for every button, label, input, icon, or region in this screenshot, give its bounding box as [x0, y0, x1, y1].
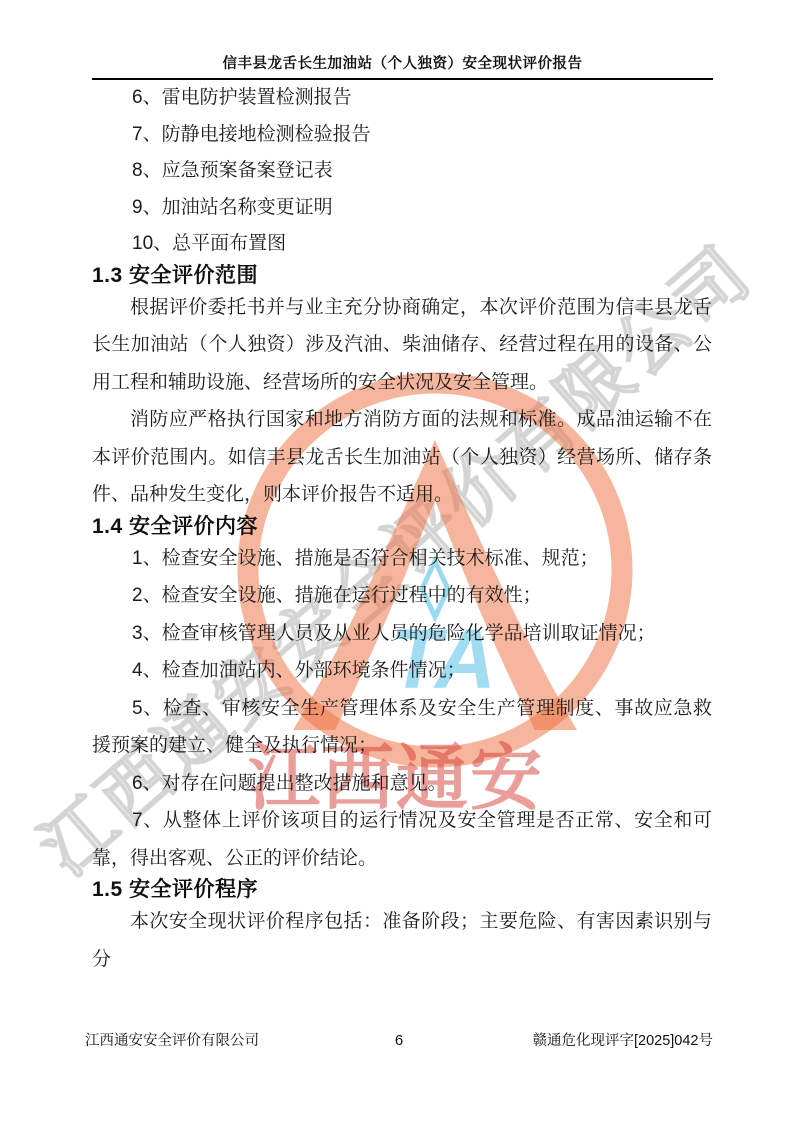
list-item: 7、防静电接地检测检验报告: [92, 117, 712, 154]
section-heading-1-3: 1.3 安全评价范围: [92, 263, 712, 289]
list-item: 3、检查审核管理人员及从业人员的危险化学品培训取证情况；: [92, 615, 712, 653]
attachment-list: 6、雷电防护装置检测报告 7、防静电接地检测检验报告 8、应急预案备案登记表 9…: [92, 80, 712, 263]
paragraph: 根据评价委托书并与业主充分协商确定，本次评价范围为信丰县龙舌长生加油站（个人独资…: [92, 289, 712, 402]
list-item: 5、检查、审核安全生产管理体系及安全生产管理制度、事故应急救援预案的建立、健全及…: [92, 690, 712, 765]
list-item: 2、检查安全设施、措施在运行过程中的有效性；: [92, 577, 712, 615]
list-item: 9、加油站名称变更证明: [92, 190, 712, 227]
evaluation-content-list: 1、检查安全设施、措施是否符合相关技术标准、规范； 2、检查安全设施、措施在运行…: [92, 540, 712, 878]
list-item: 7、从整体上评价该项目的运行情况及安全管理是否正常、安全和可靠，得出客观、公正的…: [92, 802, 712, 877]
list-item: 8、应急预案备案登记表: [92, 153, 712, 190]
paragraph: 消防应严格执行国家和地方消防方面的法规和标准。成品油运输不在本评价范围内。如信丰…: [92, 401, 712, 514]
list-item: 10、总平面布置图: [92, 226, 712, 263]
list-item: 6、雷电防护装置检测报告: [92, 80, 712, 117]
list-item: 1、检查安全设施、措施是否符合相关技术标准、规范；: [92, 540, 712, 578]
document-content: 6、雷电防护装置检测报告 7、防静电接地检测检验报告 8、应急预案备案登记表 9…: [92, 80, 712, 978]
page-header: 信丰县龙舌长生加油站（个人独资）安全现状评价报告: [92, 0, 713, 80]
paragraph: 本次安全现状评价程序包括：准备阶段；主要危险、有害因素识别与分: [92, 903, 712, 978]
document-page: 江西通安安全评价有限公司 TA 江西通安 信丰县龙舌长生加油站（个人独资）安全现…: [0, 0, 793, 1122]
list-item: 4、检查加油站内、外部环境条件情况；: [92, 652, 712, 690]
header-title: 信丰县龙舌长生加油站（个人独资）安全现状评价报告: [92, 0, 713, 75]
footer-document-number: 赣通危化现评字[2025]042号: [532, 1029, 713, 1050]
list-item: 6、对存在问题提出整改措施和意见。: [92, 765, 712, 803]
section-heading-1-5: 1.5 安全评价程序: [92, 877, 712, 903]
section-heading-1-4: 1.4 安全评价内容: [92, 514, 712, 540]
